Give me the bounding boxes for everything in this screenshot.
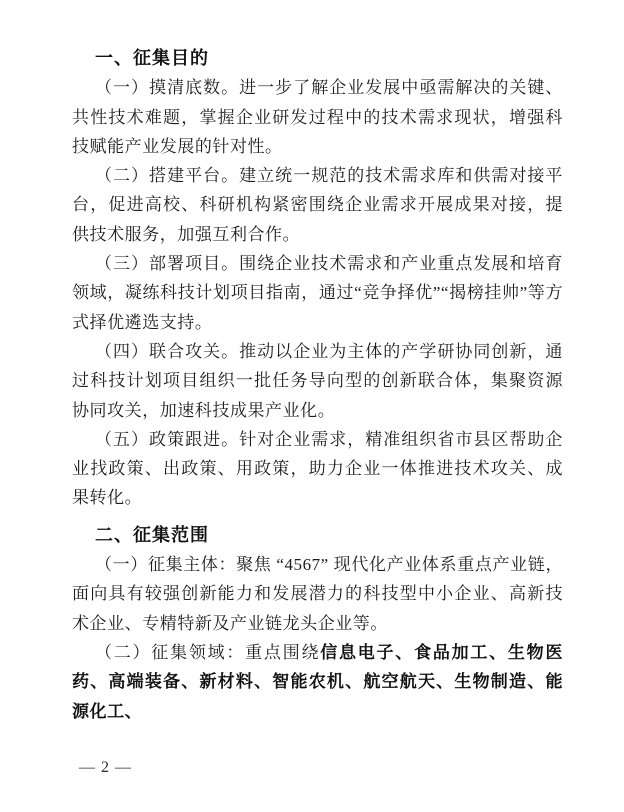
paragraph-scope-fields: （二）征集领域：重点围绕信息电子、食品加工、生物医药、高端装备、新材料、智能农机… [72,638,563,726]
paragraph-purpose-5: （五）政策跟进。针对企业需求，精准组织省市县区帮助企业找政策、出政策、用政策，助… [72,425,563,513]
document-content: 一、征集目的 （一）摸清底数。进一步了解企业发展中亟需解决的关键、共性技术难题，… [72,44,563,726]
paragraph-lead: （一）摸清底数。 [95,78,239,97]
paragraph-lead: （五）政策跟进。 [95,430,239,449]
section-heading-purpose: 一、征集目的 [72,44,563,73]
paragraph-purpose-1: （一）摸清底数。进一步了解企业发展中亟需解决的关键、共性技术难题，掌握企业研发过… [72,73,563,161]
paragraph-purpose-2: （二）搭建平台。建立统一规范的技术需求库和供需对接平台，促进高校、科研机构紧密围… [72,161,563,249]
paragraph-lead: （一）征集主体： [95,555,236,574]
paragraph-text: 重点围绕 [245,643,320,662]
section-heading-scope: 二、征集范围 [72,521,563,550]
paragraph-purpose-3: （三）部署项目。围绕企业技术需求和产业重点发展和培育领域，凝练科技计划项目指南，… [72,249,563,337]
paragraph-lead: （三）部署项目。 [95,254,239,273]
page-number: — 2 — [79,759,132,777]
document-page: 一、征集目的 （一）摸清底数。进一步了解企业发展中亟需解决的关键、共性技术难题，… [0,0,624,812]
paragraph-scope-subjects: （一）征集主体：聚焦 “4567” 现代化产业体系重点产业链，面向具有较强创新能… [72,550,563,638]
paragraph-lead: （四）联合攻关。 [95,342,239,361]
paragraph-lead: （二）征集领域： [95,643,245,662]
paragraph-lead: （二）搭建平台。 [95,166,239,185]
paragraph-purpose-4: （四）联合攻关。推动以企业为主体的产学研协同创新，通过科技计划项目组织一批任务导… [72,337,563,425]
